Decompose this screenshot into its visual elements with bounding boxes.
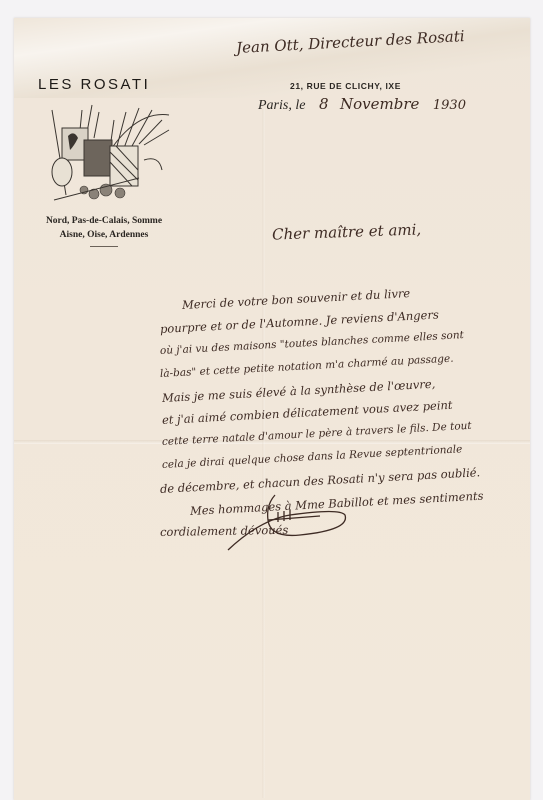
signature	[220, 490, 360, 560]
letterhead-regions: Nord, Pas-de-Calais, Somme Aisne, Oise, …	[34, 214, 174, 247]
letterhead-title: LES ROSATI	[38, 76, 150, 93]
regions-line-2: Aisne, Oise, Ardennes	[34, 228, 174, 242]
regions-line-1: Nord, Pas-de-Calais, Somme	[34, 214, 174, 228]
date-year: 1930	[433, 98, 466, 113]
heraldic-crest-icon	[44, 100, 174, 210]
divider	[90, 246, 118, 247]
letterhead-address: 21, RUE DE CLICHY, IXE	[290, 81, 401, 91]
date-month: Novembre	[340, 95, 419, 113]
date-prefix: Paris, le	[258, 98, 305, 113]
date-day: 8	[319, 95, 329, 113]
dateline: Paris, le 8 Novembre 1930	[258, 95, 466, 114]
